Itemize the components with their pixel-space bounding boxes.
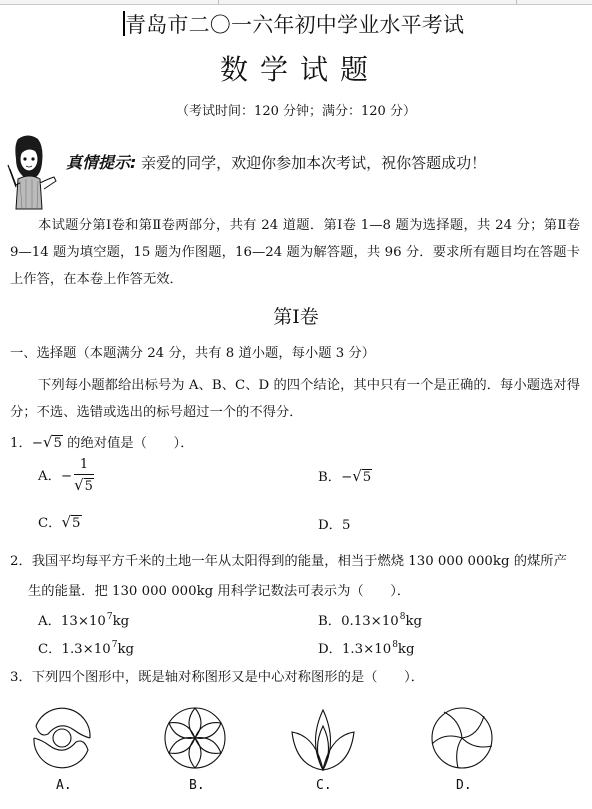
lotus-figure-icon[interactable] xyxy=(290,706,356,772)
fraction: 1√5 xyxy=(74,456,94,497)
six-petal-flower-figure-icon[interactable] xyxy=(163,706,227,770)
question-2-option-d[interactable]: D．1.3×108kg xyxy=(318,638,415,657)
ruler-bar xyxy=(0,0,592,5)
pinwheel-circle-figure-icon[interactable] xyxy=(430,706,494,770)
instructions-text: 本试题分第Ⅰ卷和第Ⅱ卷两部分，共有 24 道题．第Ⅰ卷 1—8 题为选择题，共 … xyxy=(10,212,580,293)
question-2-option-b[interactable]: B．0.13×108kg xyxy=(318,610,422,629)
figure-label-d: D. xyxy=(456,778,472,793)
section-description-paragraph: 下列每小题都给出标号为 A、B、C、D 的四个结论，其中只有一个是正确的．每小题… xyxy=(10,372,580,426)
circle-wave-figure-icon[interactable] xyxy=(30,706,94,770)
section-heading: 一、选择题（本题满分 24 分，共有 8 道小题，每小题 3 分） xyxy=(10,342,375,361)
tip-banner: 真情提示: 亲爱的同学，欢迎你参加本次考试，祝你答题成功！ xyxy=(66,150,486,173)
question-1-stem: 1．−√5 的绝对值是（ ）． xyxy=(10,432,194,451)
question-3-stem: 3．下列四个图形中，既是轴对称图形又是中心对称图形的是（ ）． xyxy=(10,666,424,685)
instructions-paragraph: 本试题分第Ⅰ卷和第Ⅱ卷两部分，共有 24 道题．第Ⅰ卷 1—8 题为选择题，共 … xyxy=(10,212,580,293)
question-1-option-b[interactable]: B．−√5 xyxy=(318,466,372,485)
tip-label: 真情提示: xyxy=(66,153,136,172)
volume-title: 第Ⅰ卷 xyxy=(0,302,592,329)
sqrt-expression: √5 xyxy=(43,433,63,451)
question-1-option-d[interactable]: D．5 xyxy=(318,514,350,533)
exam-info: （考试时间：120 分钟；满分：120 分） xyxy=(0,100,592,119)
subject-title: 数学试题 xyxy=(0,48,592,88)
figure-label-a: A. xyxy=(56,778,72,793)
question-2-option-a[interactable]: A．13×107kg xyxy=(38,610,129,629)
question-1-option-c[interactable]: C．√5 xyxy=(38,512,82,531)
girl-avatar-icon xyxy=(4,133,58,211)
question-number: 1． xyxy=(10,436,32,451)
question-2-stem-line2: 生的能量．把 130 000 000kg 用科学记数法可表示为（ ）． xyxy=(28,580,410,599)
figure-label-b: B. xyxy=(189,778,205,793)
section-description: 下列每小题都给出标号为 A、B、C、D 的四个结论，其中只有一个是正确的．每小题… xyxy=(10,372,580,426)
school-title: 青岛市二〇一六年初中学业水平考试 xyxy=(125,9,464,39)
tip-text: 亲爱的同学，欢迎你参加本次考试，祝你答题成功！ xyxy=(136,154,486,172)
question-1-option-a[interactable]: A．−1√5 xyxy=(38,456,94,497)
question-2-stem-line1: 2．我国平均每平方千米的土地一年从太阳得到的能量，相当于燃烧 130 000 0… xyxy=(10,550,567,569)
figure-label-c: C. xyxy=(316,778,332,793)
question-2-option-c[interactable]: C．1.3×107kg xyxy=(38,638,134,657)
